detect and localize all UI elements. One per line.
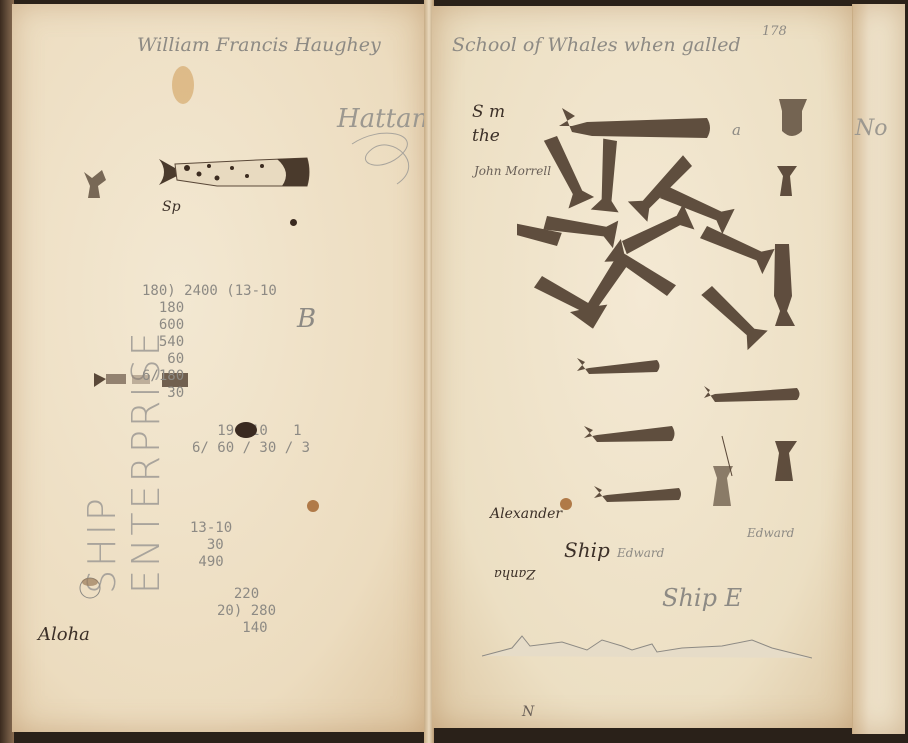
note-the: the	[472, 126, 500, 146]
note-alexander: Alexander	[490, 506, 562, 522]
brown-spot	[307, 500, 319, 512]
logbook-spread: William Francis Haughey Hattan SHIP ENTE…	[0, 0, 908, 743]
school-of-whales-title: School of Whales when galled	[452, 34, 741, 56]
note-ship-e: Ship E	[662, 584, 742, 612]
pencil-flourish	[342, 124, 432, 194]
spotted-whale-stamp	[157, 154, 312, 190]
footer-mark: N	[522, 704, 534, 720]
sp-note: Sp	[162, 199, 181, 215]
ink-dot	[290, 219, 297, 226]
pencil-circle-mark	[74, 574, 114, 604]
whale-stamps-group	[517, 96, 857, 516]
water-stain	[172, 66, 194, 104]
left-page: William Francis Haughey Hattan SHIP ENTE…	[12, 4, 427, 732]
note-zanha-inverted: Zanha	[494, 566, 535, 581]
division-calc-2: 22020) 280 140	[217, 552, 276, 671]
letter-b-flourish: B	[297, 304, 316, 334]
ink-blot	[235, 422, 257, 438]
note-sm: S m	[472, 102, 505, 122]
owner-name-inscription: William Francis Haughey	[137, 34, 381, 56]
note-edward-1: Edward	[617, 546, 664, 560]
fraction-calc: 19 10 16/ 60 / 30 / 3	[192, 389, 310, 491]
edge-text: No	[855, 116, 888, 141]
aloha-signature: Aloha	[38, 624, 90, 645]
faded-whale-tail-stamp	[80, 166, 110, 202]
coastline-sketch	[482, 626, 812, 661]
whale-stamp	[559, 108, 710, 138]
right-page: School of Whales when galled 178 S m the…	[432, 6, 854, 728]
note-edward-2: Edward	[747, 526, 794, 540]
page-number: 178	[762, 24, 787, 39]
underlying-page-edge: No	[852, 4, 905, 734]
note-ship: Ship	[564, 538, 610, 562]
